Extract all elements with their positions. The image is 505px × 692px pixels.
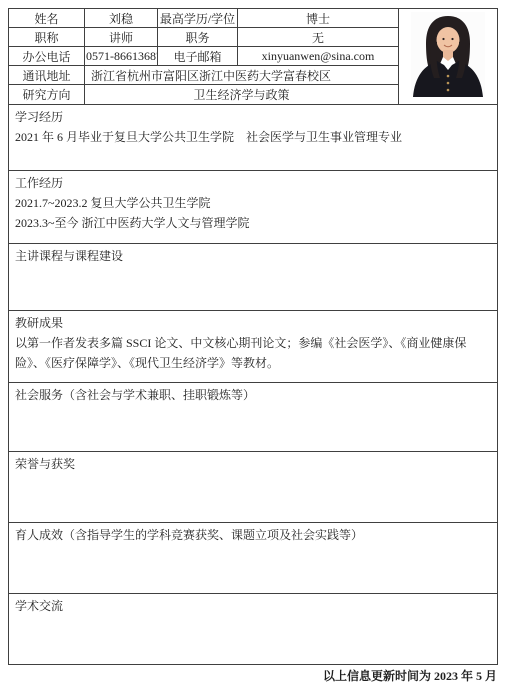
section-education-title: 学习经历 <box>15 107 491 127</box>
section-education-line: 2021 年 6 月毕业于复旦大学公共卫生学院 社会医学与卫生事业管理专业 <box>15 127 491 147</box>
section-row-education: 学习经历 2021 年 6 月毕业于复旦大学公共卫生学院 社会医学与卫生事业管理… <box>9 105 498 171</box>
section-row-mentoring: 育人成效（含指导学生的学科竞赛获奖、课题立项及社会实践等） <box>9 523 498 594</box>
profile-table: 姓名 刘稳 最高学历/学位 博士 <box>8 8 498 665</box>
section-row-social-service: 社会服务（含社会与学术兼职、挂职锻炼等） <box>9 383 498 452</box>
section-courses-title: 主讲课程与课程建设 <box>15 246 491 266</box>
section-academic-exchange: 学术交流 <box>9 594 498 665</box>
photo-cell <box>399 9 498 105</box>
address-value: 浙江省杭州市富阳区浙江中医药大学富春校区 <box>85 66 399 85</box>
section-row-honors: 荣誉与获奖 <box>9 452 498 523</box>
section-work-line-2: 2023.3~至今 浙江中医药大学人文与管理学院 <box>15 213 491 233</box>
name-label: 姓名 <box>9 9 85 28</box>
faculty-profile-page: 姓名 刘稳 最高学历/学位 博士 <box>0 0 505 692</box>
section-education: 学习经历 2021 年 6 月毕业于复旦大学公共卫生学院 社会医学与卫生事业管理… <box>9 105 498 171</box>
section-row-courses: 主讲课程与课程建设 <box>9 244 498 311</box>
address-label: 通讯地址 <box>9 66 85 85</box>
section-row-academic-exchange: 学术交流 <box>9 594 498 665</box>
section-row-achievements: 教研成果 以第一作者发表多篇 SSCI 论文、中文核心期刊论文；参编《社会医学》… <box>9 311 498 383</box>
profile-photo <box>411 12 485 97</box>
section-honors: 荣誉与获奖 <box>9 452 498 523</box>
update-time-note: 以上信息更新时间为 2023 年 5 月 <box>8 668 497 684</box>
section-honors-title: 荣誉与获奖 <box>15 454 491 474</box>
section-achievements-line: 以第一作者发表多篇 SSCI 论文、中文核心期刊论文；参编《社会医学》、《商业健… <box>15 333 491 373</box>
name-value: 刘稳 <box>85 9 158 28</box>
section-social-service: 社会服务（含社会与学术兼职、挂职锻炼等） <box>9 383 498 452</box>
email-label: 电子邮箱 <box>158 47 238 66</box>
phone-label: 办公电话 <box>9 47 85 66</box>
title-value: 讲师 <box>85 28 158 47</box>
phone-value: 0571-86613687 <box>85 47 158 66</box>
portrait-photo-graphic <box>411 12 485 97</box>
position-label: 职务 <box>158 28 238 47</box>
degree-value: 博士 <box>238 9 399 28</box>
info-row-name-degree: 姓名 刘稳 最高学历/学位 博士 <box>9 9 498 28</box>
title-label: 职称 <box>9 28 85 47</box>
research-value: 卫生经济学与政策 <box>85 85 399 105</box>
position-value: 无 <box>238 28 399 47</box>
section-achievements-title: 教研成果 <box>15 313 491 333</box>
section-mentoring-title: 育人成效（含指导学生的学科竞赛获奖、课题立项及社会实践等） <box>15 525 491 545</box>
degree-label: 最高学历/学位 <box>158 9 238 28</box>
section-courses: 主讲课程与课程建设 <box>9 244 498 311</box>
section-mentoring: 育人成效（含指导学生的学科竞赛获奖、课题立项及社会实践等） <box>9 523 498 594</box>
section-work-line-1: 2021.7~2023.2 复旦大学公共卫生学院 <box>15 193 491 213</box>
section-academic-exchange-title: 学术交流 <box>15 596 491 616</box>
section-work-title: 工作经历 <box>15 173 491 193</box>
section-achievements: 教研成果 以第一作者发表多篇 SSCI 论文、中文核心期刊论文；参编《社会医学》… <box>9 311 498 383</box>
section-row-work: 工作经历 2021.7~2023.2 复旦大学公共卫生学院 2023.3~至今 … <box>9 171 498 244</box>
section-work: 工作经历 2021.7~2023.2 复旦大学公共卫生学院 2023.3~至今 … <box>9 171 498 244</box>
email-value: xinyuanwen@sina.com <box>238 47 399 66</box>
section-social-service-title: 社会服务（含社会与学术兼职、挂职锻炼等） <box>15 385 491 405</box>
research-label: 研究方向 <box>9 85 85 105</box>
